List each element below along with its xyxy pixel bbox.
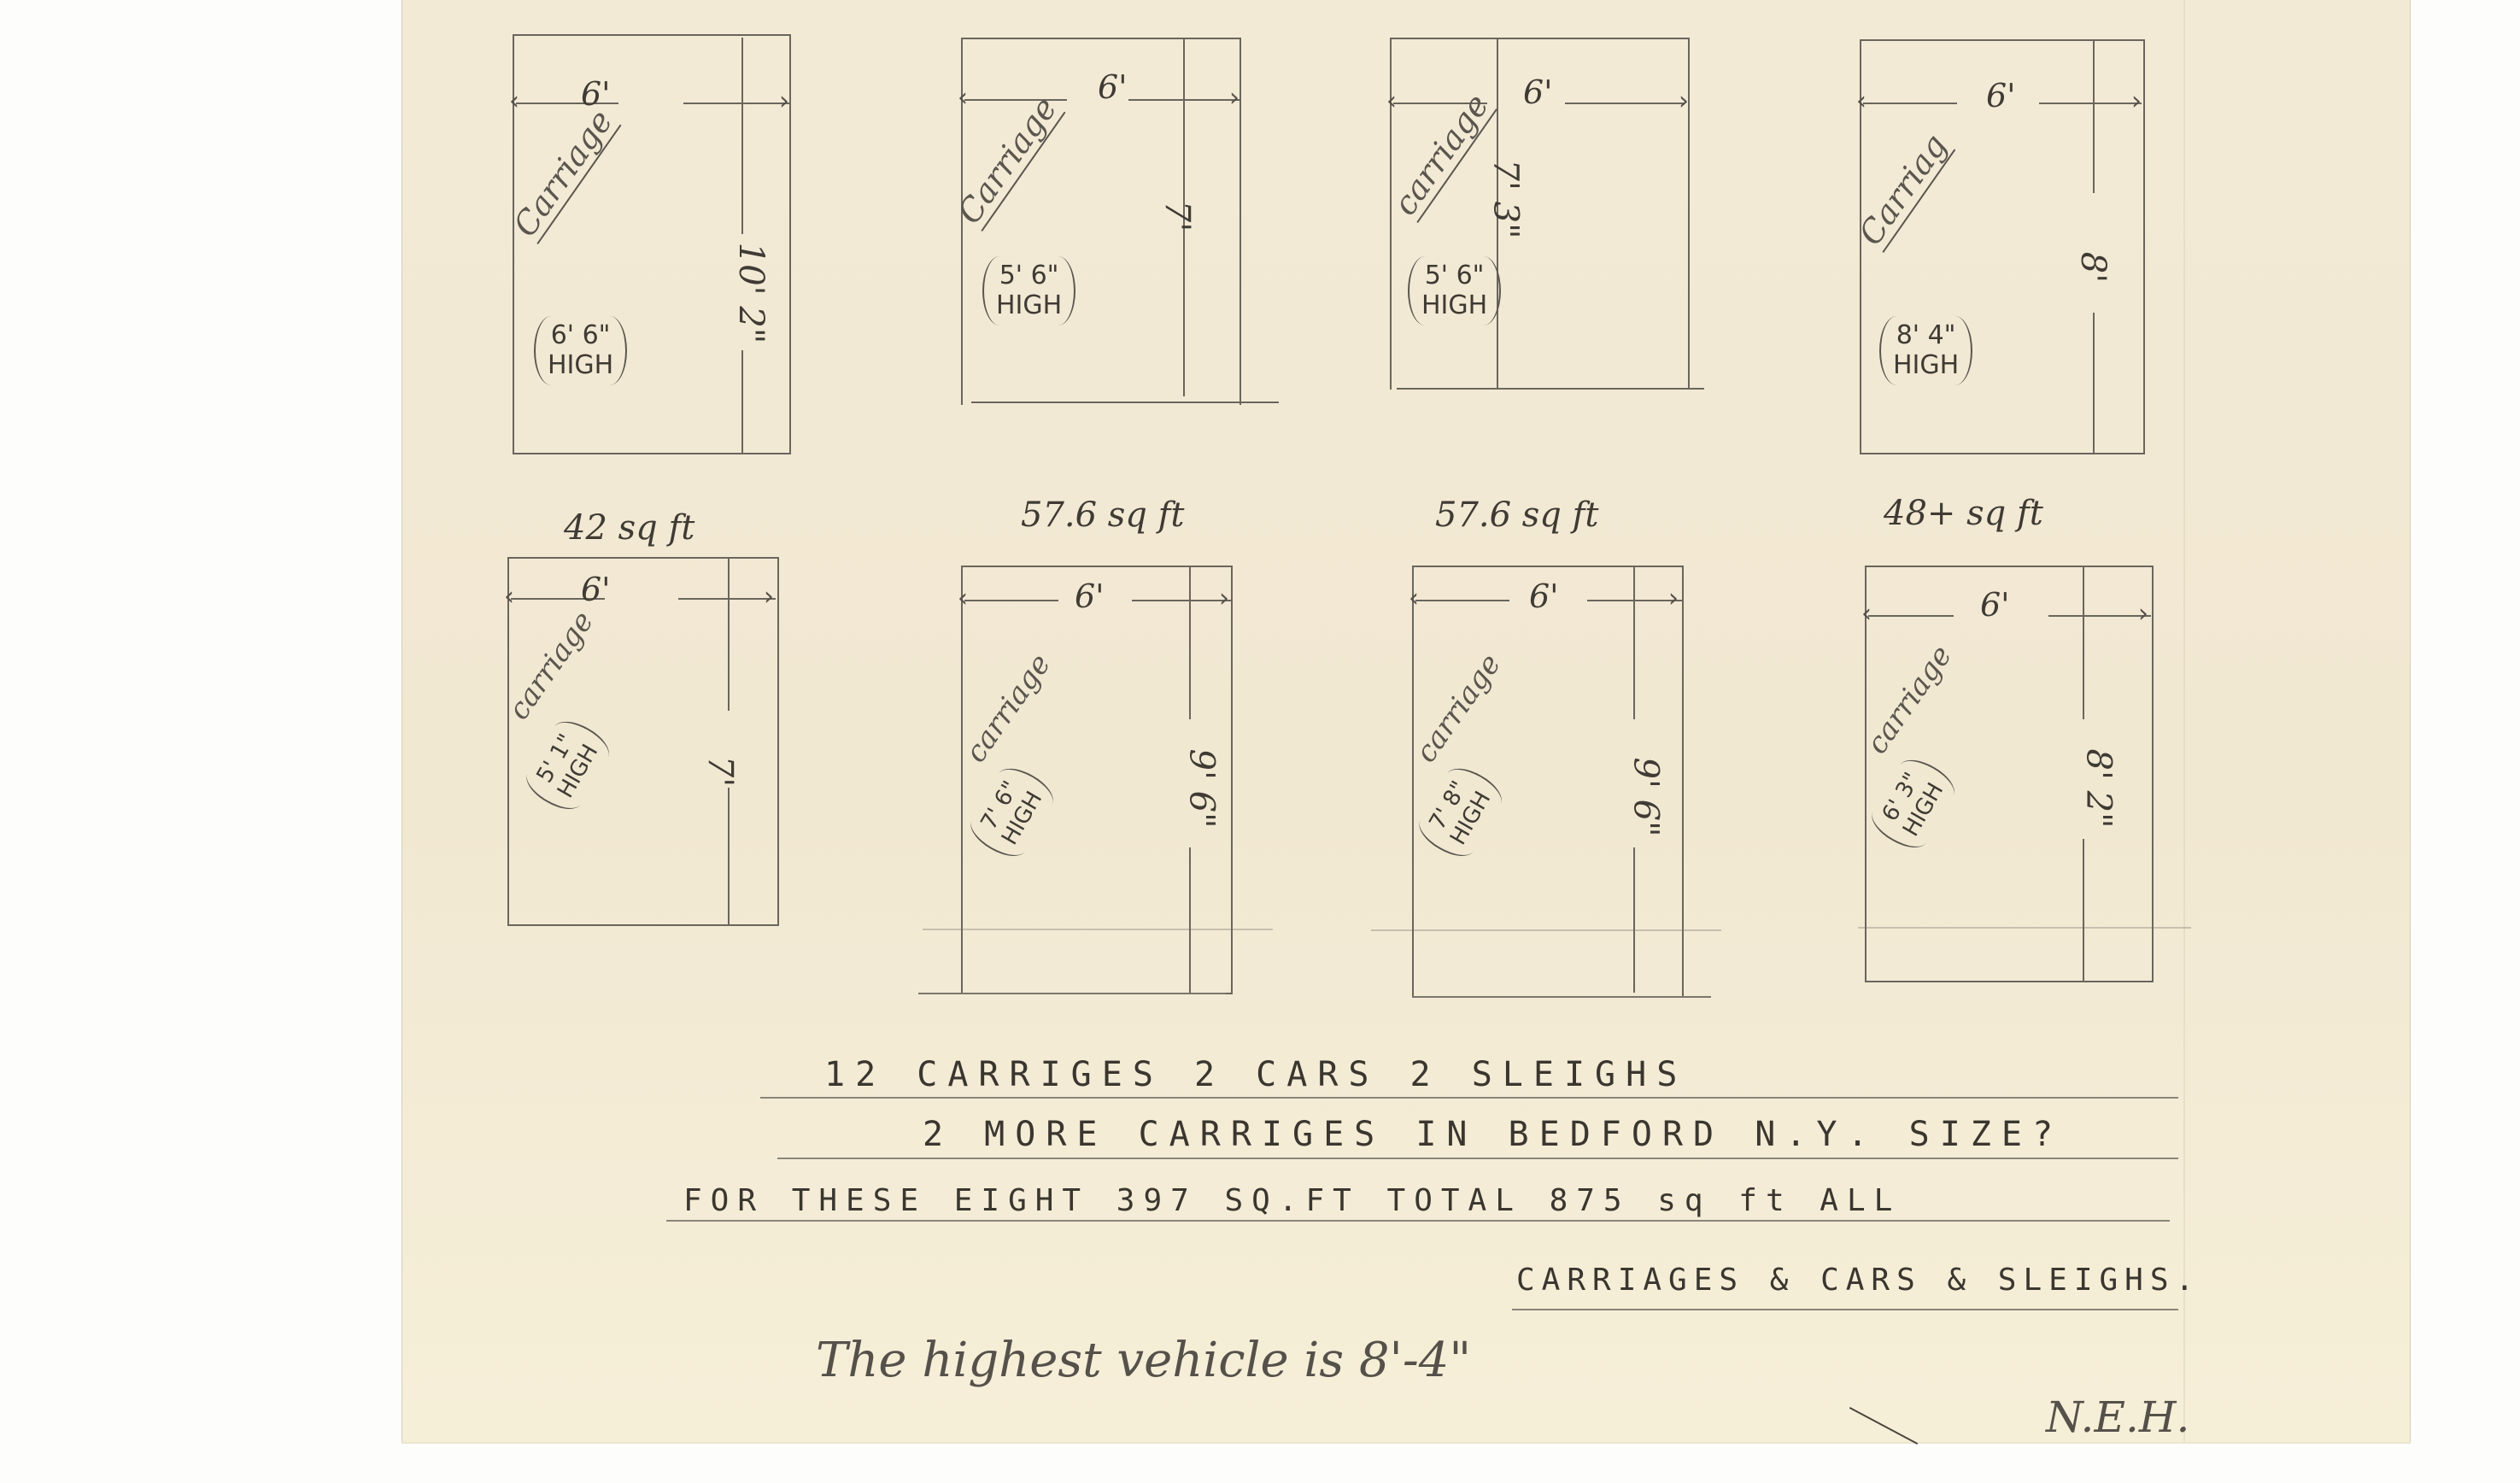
- arrow-left-icon: ‹: [1856, 89, 1867, 114]
- width-label: 6': [1980, 586, 2010, 624]
- underline-2: [777, 1158, 2178, 1159]
- arrow-right-icon: ›: [1668, 586, 1679, 612]
- note-line-4: CARRIAGES & CARS & SLEIGHS.: [1516, 1263, 2201, 1298]
- arrow-right-icon: ›: [1229, 85, 1239, 111]
- underline-3: [666, 1220, 2170, 1222]
- length-label: 7': [700, 756, 740, 787]
- width-label: 6': [581, 571, 611, 608]
- highest-vehicle-note: The highest vehicle is 8'-4": [816, 1333, 1471, 1388]
- arrow-left-icon: ‹: [1409, 586, 1419, 612]
- vehicle-height-label: 5' 6" HIGH: [1408, 256, 1501, 325]
- arrow-left-icon: ‹: [1386, 89, 1397, 114]
- area-label: 57.6 sq ft: [1435, 495, 1599, 535]
- arrow-right-icon: ›: [1219, 586, 1229, 612]
- arrow-left-icon: ‹: [1861, 601, 1872, 627]
- area-label: 57.6 sq ft: [1021, 495, 1185, 535]
- area-label: 48+ sq ft: [1884, 494, 2043, 533]
- height-word: HIGH: [548, 351, 613, 381]
- arrow-right-icon: ›: [779, 89, 789, 114]
- length-label: 8' 2": [2079, 748, 2119, 828]
- width-label: 6': [1075, 577, 1105, 615]
- width-label: 6': [1098, 68, 1128, 106]
- width-label: 6': [1986, 77, 2016, 114]
- faint-erased-line: [1371, 929, 1721, 931]
- height-value: 5' 6": [1421, 261, 1487, 291]
- length-label: 7': [1157, 201, 1197, 232]
- plan-base-line: [1412, 996, 1711, 998]
- width-label: 6': [1523, 73, 1553, 111]
- plan-base-line: [1397, 388, 1704, 390]
- length-label: 7' 3": [1486, 159, 1526, 238]
- underline-1: [760, 1097, 2178, 1099]
- note-line-1: 12 CARRIGES 2 CARS 2 SLEIGHS: [824, 1055, 1687, 1094]
- arrow-right-icon: ›: [2138, 601, 2148, 627]
- area-label: 42 sq ft: [564, 508, 694, 548]
- note-line-2: 2 MORE CARRIGES IN BEDFORD N.Y. SIZE?: [923, 1115, 2063, 1154]
- arrow-left-icon: ‹: [509, 89, 519, 114]
- height-word: HIGH: [1421, 291, 1487, 321]
- author-initials: N.E.H.: [2046, 1392, 2189, 1442]
- faint-erased-line: [1858, 927, 2191, 929]
- arrow-left-icon: ‹: [504, 584, 514, 610]
- underline-4: [1512, 1309, 2178, 1310]
- height-value: 8' 4": [1893, 321, 1959, 351]
- vehicle-height-label: 8' 4" HIGH: [1879, 316, 1972, 385]
- arrow-left-icon: ‹: [958, 85, 968, 111]
- vehicle-height-label: 5' 6" HIGH: [982, 256, 1075, 325]
- length-label: 8': [2073, 252, 2113, 283]
- note-line-3: FOR THESE EIGHT 397 SQ.FT TOTAL 875 sq f…: [683, 1183, 1901, 1218]
- length-label: 10' 2": [731, 243, 771, 343]
- arrow-right-icon: ›: [1679, 89, 1689, 114]
- arrow-right-icon: ›: [2131, 89, 2142, 114]
- faint-erased-line: [923, 929, 1273, 930]
- length-label: 9' 6": [1182, 748, 1222, 828]
- length-label: 9' 6": [1626, 757, 1666, 836]
- plan-base-line: [918, 993, 1226, 994]
- plan-base-line: [971, 402, 1279, 403]
- height-value: 6' 6": [548, 321, 613, 351]
- width-label: 6': [1529, 577, 1559, 615]
- vehicle-height-label: 6' 6" HIGH: [534, 316, 627, 385]
- arrow-right-icon: ›: [764, 584, 774, 610]
- height-value: 5' 6": [996, 261, 1062, 291]
- arrow-left-icon: ‹: [958, 586, 968, 612]
- height-word: HIGH: [996, 291, 1062, 321]
- height-word: HIGH: [1893, 351, 1959, 381]
- paper-fold-crease: [2183, 0, 2185, 1442]
